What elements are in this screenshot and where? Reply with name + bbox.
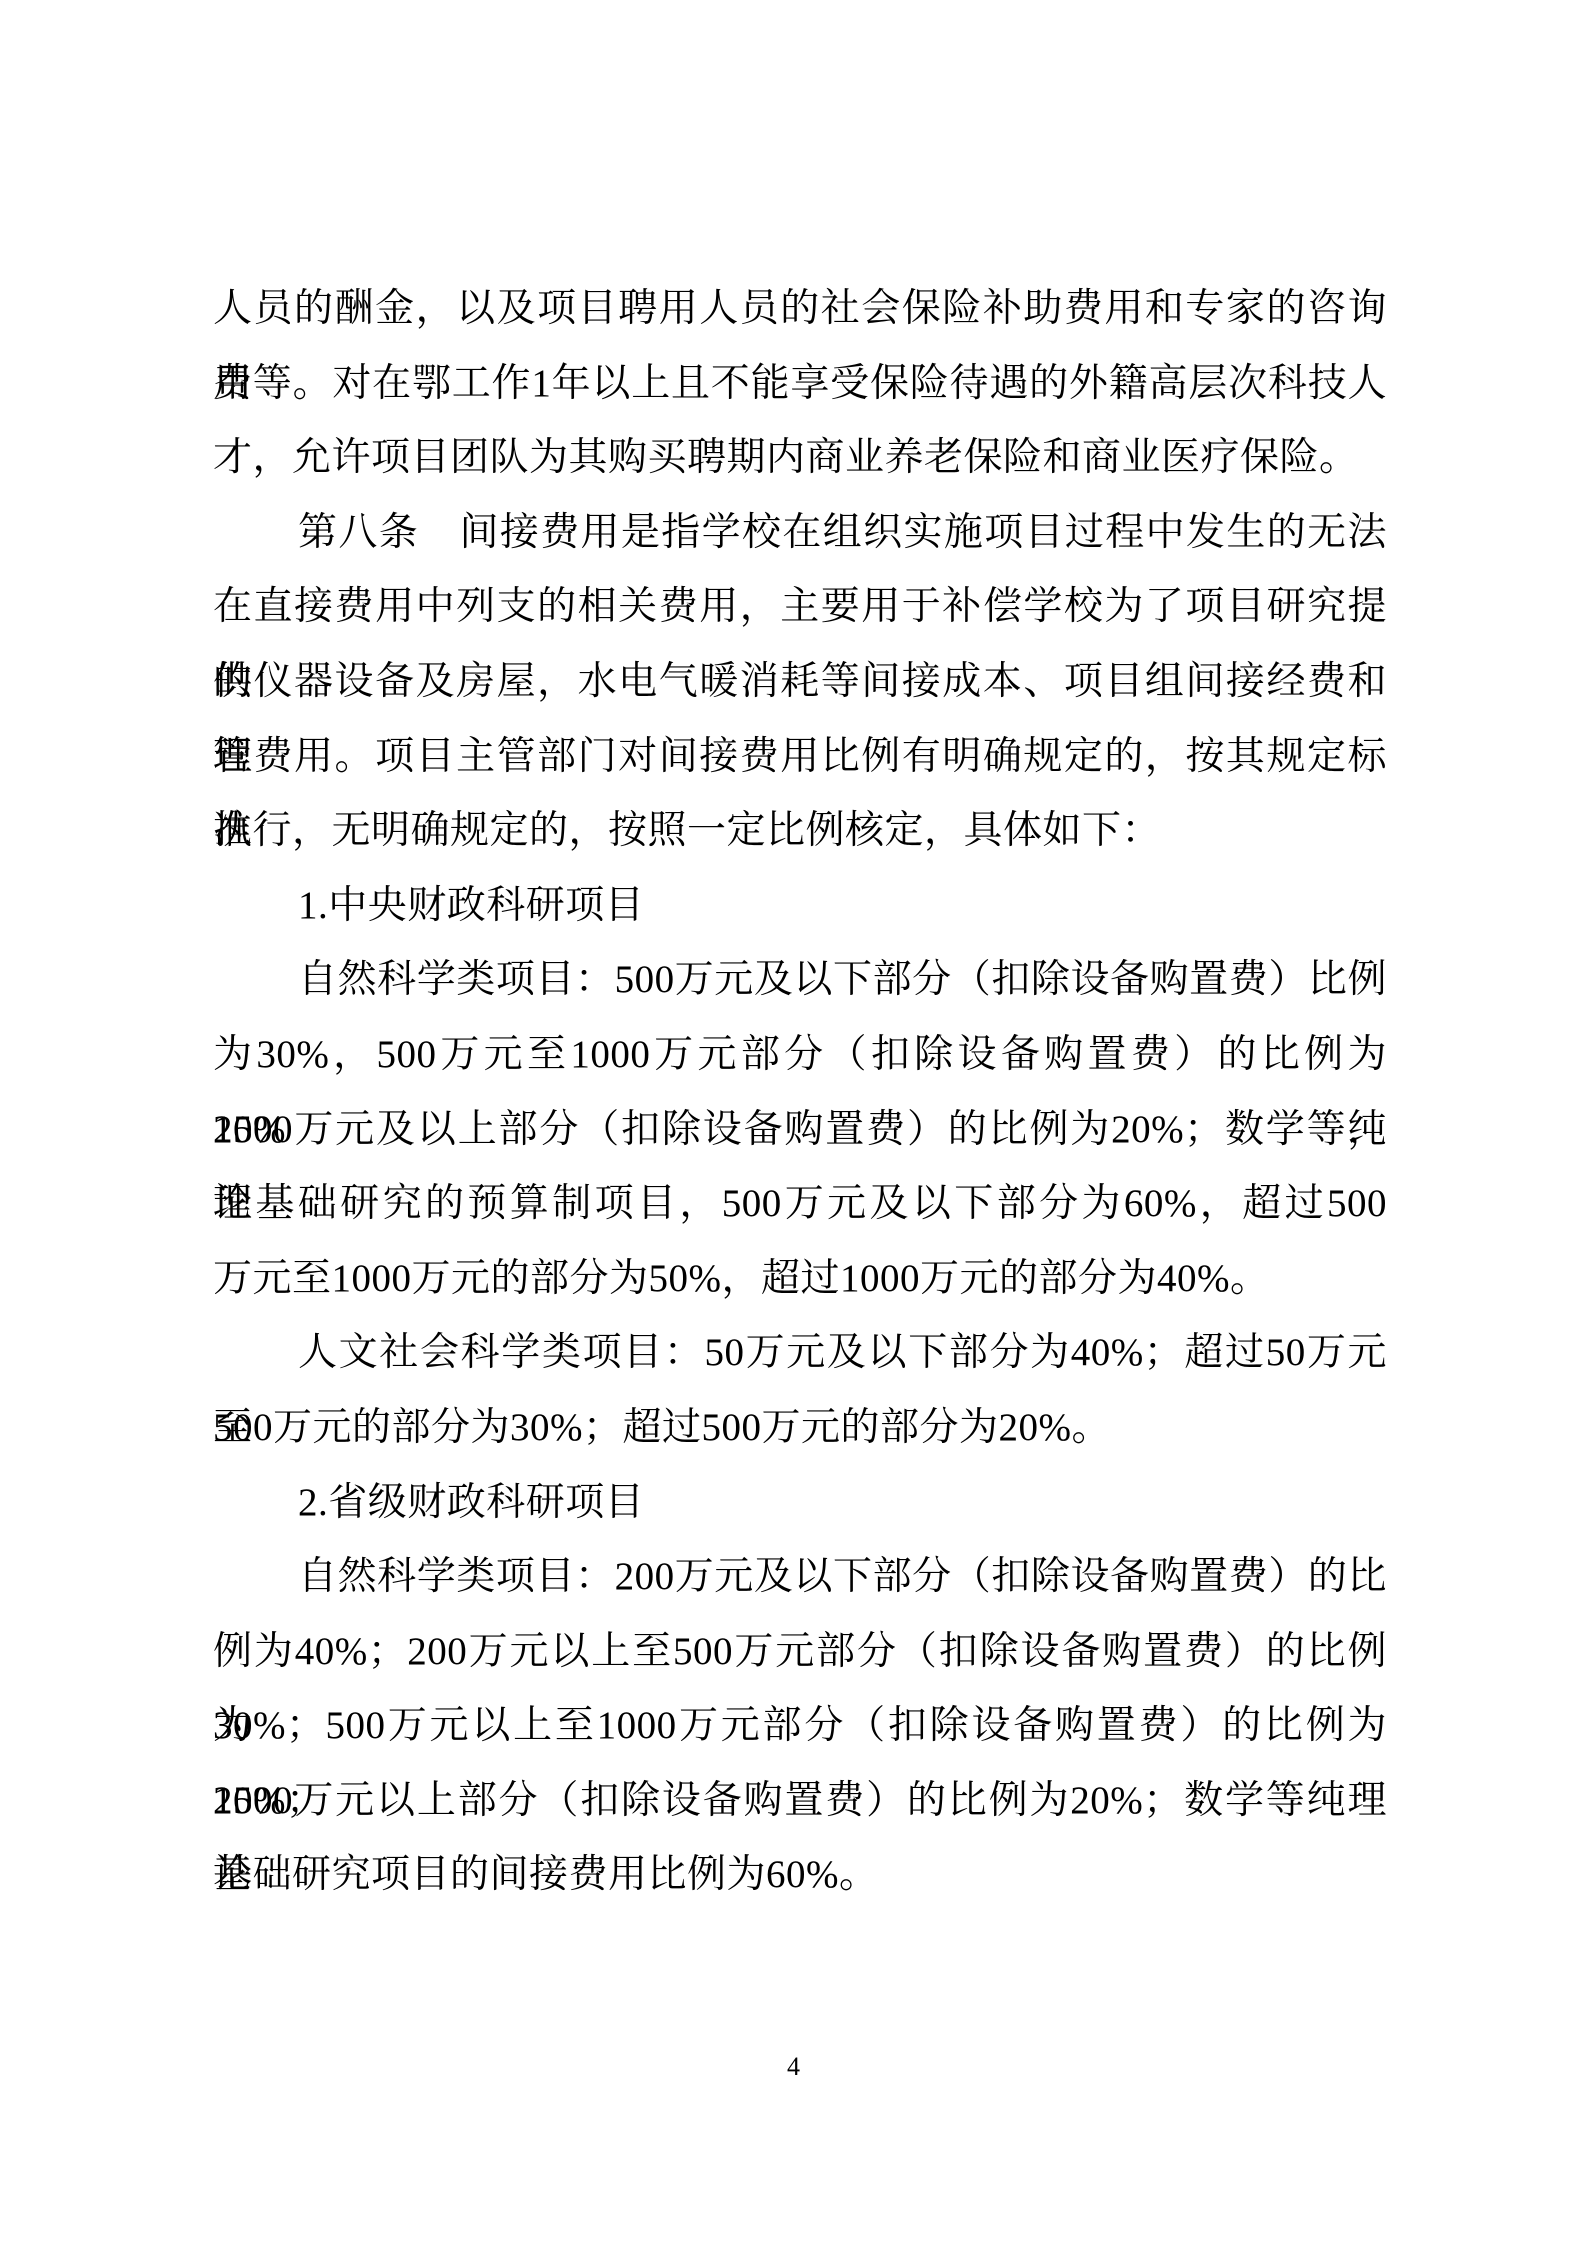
text-line: 自然科学类项目：500万元及以下部分（扣除设备购置费）比例 [213, 943, 1387, 1018]
text-line: 执行，无明确规定的，按照一定比例核定，具体如下： [213, 794, 1387, 869]
document-page: 人员的酬金，以及项目聘用人员的社会保险补助费用和专家的咨询费用等。对在鄂工作1年… [0, 0, 1587, 2245]
text-line: 自然科学类项目：200万元及以下部分（扣除设备购置费）的比 [213, 1540, 1387, 1615]
text-line: 论基础研究的预算制项目，500万元及以下部分为60%，超过500 [213, 1167, 1387, 1242]
text-line: 500万元的部分为30%；超过500万元的部分为20%。 [213, 1391, 1387, 1466]
text-line: 理费用。项目主管部门对间接费用比例有明确规定的，按其规定标准 [213, 720, 1387, 795]
text-line: 万元至1000万元的部分为50%，超过1000万元的部分为40%。 [213, 1242, 1387, 1317]
text-line: 30%；500万元以上至1000万元部分（扣除设备购置费）的比例为25%； [213, 1689, 1387, 1764]
text-line: 人员的酬金，以及项目聘用人员的社会保险补助费用和专家的咨询费 [213, 272, 1387, 347]
text-line: 2.省级财政科研项目 [213, 1466, 1387, 1541]
text-line: 1000万元以上部分（扣除设备购置费）的比例为20%；数学等纯理论 [213, 1764, 1387, 1839]
text-block: 人员的酬金，以及项目聘用人员的社会保险补助费用和专家的咨询费用等。对在鄂工作1年… [213, 272, 1387, 1913]
page-number: 4 [0, 2052, 1587, 2082]
text-line: 第八条 间接费用是指学校在组织实施项目过程中发生的无法 [213, 496, 1387, 571]
text-line: 人文社会科学类项目：50万元及以下部分为40%；超过50万元至 [213, 1316, 1387, 1391]
text-line: 才，允许项目团队为其购买聘期内商业养老保险和商业医疗保险。 [213, 421, 1387, 496]
text-line: 1000万元及以上部分（扣除设备购置费）的比例为20%；数学等纯理 [213, 1093, 1387, 1168]
text-line: 用等。对在鄂工作1年以上且不能享受保险待遇的外籍高层次科技人 [213, 347, 1387, 422]
text-line: 的仪器设备及房屋，水电气暖消耗等间接成本、项目组间接经费和管 [213, 645, 1387, 720]
text-line: 在直接费用中列支的相关费用，主要用于补偿学校为了项目研究提供 [213, 570, 1387, 645]
text-line: 为30%，500万元至1000万元部分（扣除设备购置费）的比例为25%， [213, 1018, 1387, 1093]
text-line: 1.中央财政科研项目 [213, 869, 1387, 944]
text-line: 基础研究项目的间接费用比例为60%。 [213, 1838, 1387, 1913]
text-line: 例为40%；200万元以上至500万元部分（扣除设备购置费）的比例为 [213, 1615, 1387, 1690]
